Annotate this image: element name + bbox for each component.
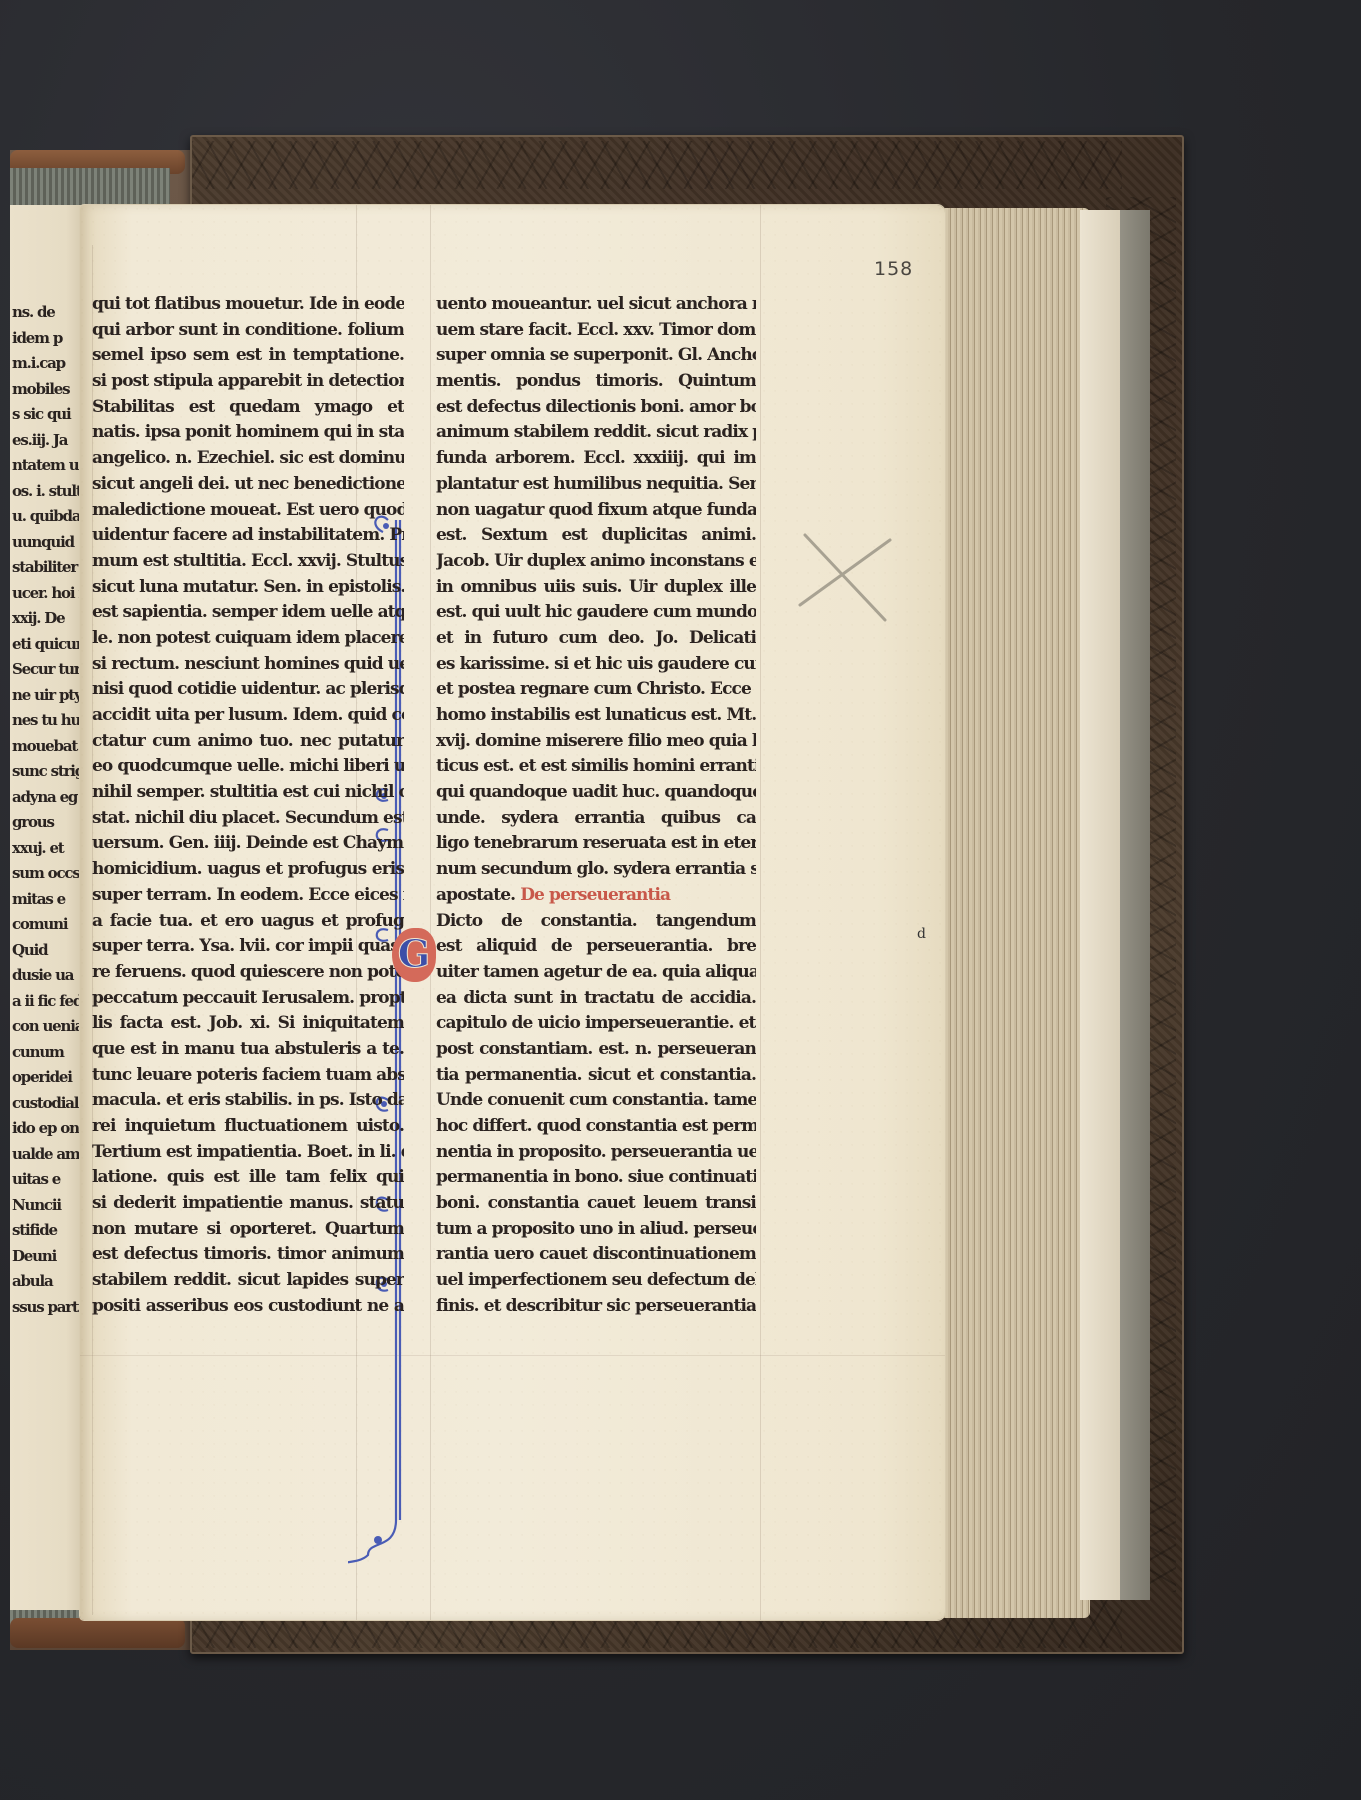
rubric-heading: De perseuerantia bbox=[515, 885, 670, 905]
text-line: tunc leuare poteris faciem tuam absque bbox=[92, 1063, 404, 1089]
text-line: nentia in proposito. perseuerantia uero bbox=[436, 1140, 756, 1166]
text-line: super terra. Ysa. lvii. cor impii quasi … bbox=[92, 934, 404, 960]
verso-text-line: operidei bbox=[12, 1065, 82, 1091]
verso-text-line: mouebat bbox=[12, 734, 82, 760]
text-line: a facie tua. et ero uagus et profug bbox=[92, 909, 404, 935]
blind-tooling-top bbox=[192, 141, 1122, 189]
verso-text-line: sunc strig bbox=[12, 759, 82, 785]
verso-text-line: ucer. hoi ii bbox=[12, 581, 82, 607]
text-line: plantatur est humilibus nequitia. Sen. bbox=[436, 472, 756, 498]
right-text-column: uento moueantur. uel sicut anchora nauem… bbox=[436, 292, 756, 1320]
text-line: permanentia in bono. siue continuatio bbox=[436, 1165, 756, 1191]
text-line: angelico. n. Ezechiel. sic est dominus m… bbox=[92, 446, 404, 472]
spine-cord-bottom bbox=[10, 1618, 185, 1648]
text-line: qui tot flatibus mouetur. Ide in eode. bbox=[92, 292, 404, 318]
text-line: non mutare si oporteret. Quartum bbox=[92, 1217, 404, 1243]
verso-text-line: Quid bbox=[12, 938, 82, 964]
text-line: animum stabilem reddit. sicut radix pro bbox=[436, 420, 756, 446]
text-line: num secundum glo. sydera errantia sunt bbox=[436, 857, 756, 883]
text-line: latione. quis est ille tam felix qui bbox=[92, 1165, 404, 1191]
verso-text-line: ntatem uol bbox=[12, 453, 82, 479]
text-line: capitulo de uicio imperseuerantie. et po… bbox=[436, 1011, 756, 1037]
text-line: positi asseribus eos custodiunt ne a bbox=[92, 1294, 404, 1320]
verso-text-line: cunum bbox=[12, 1040, 82, 1066]
verso-text-line: custodial bbox=[12, 1091, 82, 1117]
text-line: si post stipula apparebit in detectione. bbox=[92, 369, 404, 395]
text-line: rantia uero cauet discontinuationem bbox=[436, 1242, 756, 1268]
text-line: rei inquietum fluctuationem uisto. bbox=[92, 1114, 404, 1140]
text-line: mentis. pondus timoris. Quintum bbox=[436, 369, 756, 395]
verso-text-line: xxuj. et bbox=[12, 836, 82, 862]
text-line: tia permanentia. sicut et constantia. bbox=[436, 1063, 756, 1089]
text-line: est defectus dilectionis boni. amor boni bbox=[436, 395, 756, 421]
text-line: super omnia se superponit. Gl. Anchora bbox=[436, 343, 756, 369]
verso-text-line: stifide bbox=[12, 1218, 82, 1244]
verso-text-line: es.iij. Ja bbox=[12, 428, 82, 454]
text-line: super terram. In eodem. Ecce eices me ho… bbox=[92, 883, 404, 909]
text-line: eo quodcumque uelle. michi liberi uolunt bbox=[92, 754, 404, 780]
text-line: homo instabilis est lunaticus est. Mt. bbox=[436, 703, 756, 729]
text-line: stat. nichil diu placet. Secundum est pe… bbox=[92, 806, 404, 832]
verso-text-line: s sic qui bbox=[12, 402, 82, 428]
text-line: et in futuro cum deo. Jo. Delicati bbox=[436, 626, 756, 652]
verso-text-line: eti quicunq bbox=[12, 632, 82, 658]
verso-text-line: ne uir pty bbox=[12, 683, 82, 709]
text-line: est. Sextum est duplicitas animi. bbox=[436, 523, 756, 549]
text-line: unde. sydera errantia quibus ca bbox=[436, 806, 756, 832]
verso-text-line: con uenial bbox=[12, 1014, 82, 1040]
text-line: nisi quod cotidie uidentur. ac plerisque bbox=[92, 677, 404, 703]
verso-text-line: ualde am bbox=[12, 1142, 82, 1168]
text-line: homicidium. uagus et profugus eris bbox=[92, 857, 404, 883]
ruling-line bbox=[80, 1355, 945, 1356]
verso-text-column: ns. deidem pm.i.capmobiless sic quies.ii… bbox=[12, 300, 82, 1320]
verso-text-line: xxij. De bbox=[12, 606, 82, 632]
text-line: re feruens. quod quiescere non potest. I… bbox=[92, 960, 404, 986]
text-line: Tertium est impatientia. Boet. in li. de… bbox=[92, 1140, 404, 1166]
text-line: sicut luna mutatur. Sen. in epistolis. q… bbox=[92, 575, 404, 601]
text-line: non uagatur quod fixum atque fundatum bbox=[436, 498, 756, 524]
text-line: uem stare facit. Eccl. xxv. Timor domini bbox=[436, 318, 756, 344]
verso-text-line: sum occs bbox=[12, 861, 82, 887]
text-line: Dicto de constantia. tangendum bbox=[436, 909, 756, 935]
text-line: finis. et describitur sic perseuerantia bbox=[436, 1294, 756, 1320]
text-line: Stabilitas est quedam ymago et bbox=[92, 395, 404, 421]
text-line: funda arborem. Eccl. xxxiiij. qui im bbox=[436, 446, 756, 472]
text-line: est aliquid de perseuerantia. bre bbox=[436, 934, 756, 960]
text-line: in omnibus uiis suis. Uir duplex ille bbox=[436, 575, 756, 601]
marginal-note: d bbox=[917, 926, 926, 942]
text-line: ligo tenebrarum reseruata est in eter bbox=[436, 831, 756, 857]
text-line: ea dicta sunt in tractatu de accidia. bbox=[436, 986, 756, 1012]
text-line: qui quandoque uadit huc. quandoque illuc… bbox=[436, 780, 756, 806]
verso-text-line: a ii fic fed bbox=[12, 989, 82, 1015]
text-line: es karissime. si et hic uis gaudere cum … bbox=[436, 652, 756, 678]
verso-text-line: Secur tur bbox=[12, 657, 82, 683]
text-line: Unde conuenit cum constantia. tamen in bbox=[436, 1088, 756, 1114]
text-line: est defectus timoris. timor animum bbox=[92, 1242, 404, 1268]
text-line: qui arbor sunt in conditione. folium bbox=[92, 318, 404, 344]
ruling-line bbox=[760, 205, 761, 1620]
verso-text-line: Deuni bbox=[12, 1244, 82, 1270]
verso-text-line: idem p bbox=[12, 326, 82, 352]
verso-text-line: os. i. stulti bbox=[12, 479, 82, 505]
verso-text-line: comuni bbox=[12, 912, 82, 938]
text-line: Jacob. Uir duplex animo inconstans est bbox=[436, 549, 756, 575]
text-line: uel imperfectionem seu defectum debiti bbox=[436, 1268, 756, 1294]
text-line: nihil semper. stultitia est cui nichil c… bbox=[92, 780, 404, 806]
verso-text-line: uunquid bbox=[12, 530, 82, 556]
verso-text-line: ssus parti bbox=[12, 1295, 82, 1321]
verso-text-line: mitas e bbox=[12, 887, 82, 913]
folio-number: 158 bbox=[874, 258, 913, 280]
verso-text-line: ido ep on bbox=[12, 1116, 82, 1142]
text-line: hoc differt. quod constantia est perma bbox=[436, 1114, 756, 1140]
verso-text-line: ns. de bbox=[12, 300, 82, 326]
decorated-initial-d: G bbox=[392, 928, 436, 982]
verso-text-line: Nuncii bbox=[12, 1193, 82, 1219]
verso-text-line: dusie ua bbox=[12, 963, 82, 989]
text-line: sicut angeli dei. ut nec benedictione ne… bbox=[92, 472, 404, 498]
verso-text-line: uitas e bbox=[12, 1167, 82, 1193]
verso-text-line: grous bbox=[12, 810, 82, 836]
text-line: est sapientia. semper idem uelle atque n… bbox=[92, 600, 404, 626]
text-line: natis. ipsa ponit hominem qui in statu bbox=[92, 420, 404, 446]
text-line: peccatum peccauit Ierusalem. propterea i… bbox=[92, 986, 404, 1012]
text-line: lis facta est. Job. xi. Si iniquitatem bbox=[92, 1011, 404, 1037]
text-line: apostate. De perseuerantia bbox=[436, 883, 756, 909]
text-line: xvij. domine miserere filio meo quia lun… bbox=[436, 729, 756, 755]
verso-text-line: abula bbox=[12, 1269, 82, 1295]
verso-text-line: u. quibda bbox=[12, 504, 82, 530]
text-line: le. non potest cuiquam idem placere ni bbox=[92, 626, 404, 652]
text-line: uidentur facere ad instabilitatem. Pri bbox=[92, 523, 404, 549]
text-line: semel ipso sem est in temptatione. bbox=[92, 343, 404, 369]
text-line: et postea regnare cum Christo. Ecce uide… bbox=[436, 677, 756, 703]
text-line: que est in manu tua abstuleris a te. bbox=[92, 1037, 404, 1063]
text-line: uiter tamen agetur de ea. quia aliqua de bbox=[436, 960, 756, 986]
text-line: ticus est. et est similis homini erranti bbox=[436, 754, 756, 780]
text-line: uento moueantur. uel sicut anchora na bbox=[436, 292, 756, 318]
text-line: maledictione moueat. Est uero quod sex bbox=[92, 498, 404, 524]
verso-text-line: stabiliter bbox=[12, 555, 82, 581]
headband-top bbox=[10, 168, 170, 208]
ruling-line bbox=[430, 205, 431, 1620]
text-line: mum est stultitia. Eccl. xxvij. Stultus bbox=[92, 549, 404, 575]
flyleaf bbox=[1080, 210, 1120, 1600]
text-line: si rectum. nesciunt homines quid uelint. bbox=[92, 652, 404, 678]
verso-text-line: adyna eg bbox=[12, 785, 82, 811]
left-text-column: qui tot flatibus mouetur. Ide in eode.qu… bbox=[92, 292, 404, 1320]
text-line: stabilem reddit. sicut lapides super bbox=[92, 1268, 404, 1294]
text-line: macula. et eris stabilis. in ps. Isto da bbox=[92, 1088, 404, 1114]
verso-text-line: nes tu hu bbox=[12, 708, 82, 734]
text-line: uersum. Gen. iiij. Deinde est Chaym. pos… bbox=[92, 831, 404, 857]
text-line: accidit uita per lusum. Idem. quid collu bbox=[92, 703, 404, 729]
text-line: si dederit impatientie manus. statu bbox=[92, 1191, 404, 1217]
verso-text-line: m.i.cap bbox=[12, 351, 82, 377]
text-line: tum a proposito uno in aliud. perseue bbox=[436, 1217, 756, 1243]
text-line: post constantiam. est. n. perseueran bbox=[436, 1037, 756, 1063]
text-line: ctatur cum animo tuo. nec putatur bbox=[92, 729, 404, 755]
text-line: boni. constantia cauet leuem transi bbox=[436, 1191, 756, 1217]
fore-edge-page-stack bbox=[930, 208, 1090, 1618]
text-line: est. qui uult hic gaudere cum mundo bbox=[436, 600, 756, 626]
pencil-x-mark-icon bbox=[790, 510, 900, 630]
verso-text-line: mobiles bbox=[12, 377, 82, 403]
